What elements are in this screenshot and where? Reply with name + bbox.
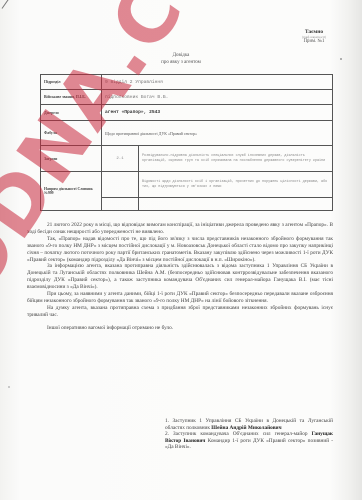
empty-cell <box>139 198 333 211</box>
row-label: Загрози <box>41 146 102 172</box>
table-row: Напрям діяльності Словник №999 Відомості… <box>41 172 333 198</box>
threat-code: 2.1 <box>102 146 139 172</box>
empty-cell <box>102 198 139 211</box>
addressee-list: 1. Заступник 1 Управління СБ України в Д… <box>165 418 333 451</box>
row-label: Напрям діяльності Словник №999 <box>41 172 102 211</box>
report-body: 21 лютого 2022 року в місці, що відповід… <box>27 222 333 332</box>
row-value: підполковник Богач В.Б. <box>102 90 333 105</box>
row-label: Військове звання, П.І.Б. <box>41 90 102 105</box>
paragraph: При цьому, за наявними у агента даними, … <box>27 291 333 305</box>
row-value: агент «Прапор», 2543 <box>102 105 333 121</box>
row-value: Відомості щодо діяльності осіб і організ… <box>139 172 333 198</box>
row-value: Щодо протиправної діяльності ДУК «Правий… <box>102 121 333 146</box>
copy-number: Прим. №1 <box>302 39 326 44</box>
document-page: Таємно (гриф секретності) Прим. №1 Довід… <box>0 0 362 500</box>
info-table: Підрозділ 9 відділ 2 Управління Військов… <box>40 74 333 211</box>
row-value: 9 відділ 2 Управління <box>102 75 333 90</box>
pen-mark <box>2 0 11 9</box>
table-row: Фабула Щодо протиправної діяльності ДУК … <box>41 121 333 146</box>
classification-stamp: Таємно (гриф секретності) Прим. №1 <box>302 30 326 44</box>
table-row: Військове звання, П.І.Б. підполковник Бо… <box>41 90 333 105</box>
direction-code <box>102 172 139 198</box>
table-row: Підрозділ 9 відділ 2 Управління <box>41 75 333 90</box>
table-row: Джерело агент «Прапор», 2543 <box>41 105 333 121</box>
document-title: Довідка про явку з агентом <box>0 53 362 66</box>
addressee-item-2: 2. Заступник командувача Об'єднаних сил … <box>165 431 333 451</box>
addressee-item-1: 1. Заступник 1 Управління СБ України в Д… <box>165 418 333 431</box>
paragraph: Іншої оперативно вагомої інформації отри… <box>27 325 333 332</box>
row-value: Розвідувально-підривна діяльність спеціа… <box>139 146 333 172</box>
addressee-1-name: Шейна Андрій Миколайович <box>211 425 281 431</box>
row-label: Фабула <box>41 121 102 146</box>
paragraph: За інформацією агента, вказана протиправ… <box>27 263 333 291</box>
paragraph: Так, «Прапор» надав відомості про те, що… <box>27 236 333 264</box>
title-line-2: про явку з агентом <box>0 60 362 67</box>
addressee-2-title: 2. Заступник командувача Об'єднаних сил … <box>165 431 312 437</box>
row-label: Підрозділ <box>41 75 102 90</box>
paragraph: 21 лютого 2022 року в місці, що відповід… <box>27 222 333 236</box>
table-row: Загрози 2.1 Розвідувально-підривна діяль… <box>41 146 333 172</box>
speck <box>8 386 10 388</box>
paragraph: На думку агента, вказана протиправна схе… <box>27 305 333 319</box>
row-label: Джерело <box>41 105 102 121</box>
